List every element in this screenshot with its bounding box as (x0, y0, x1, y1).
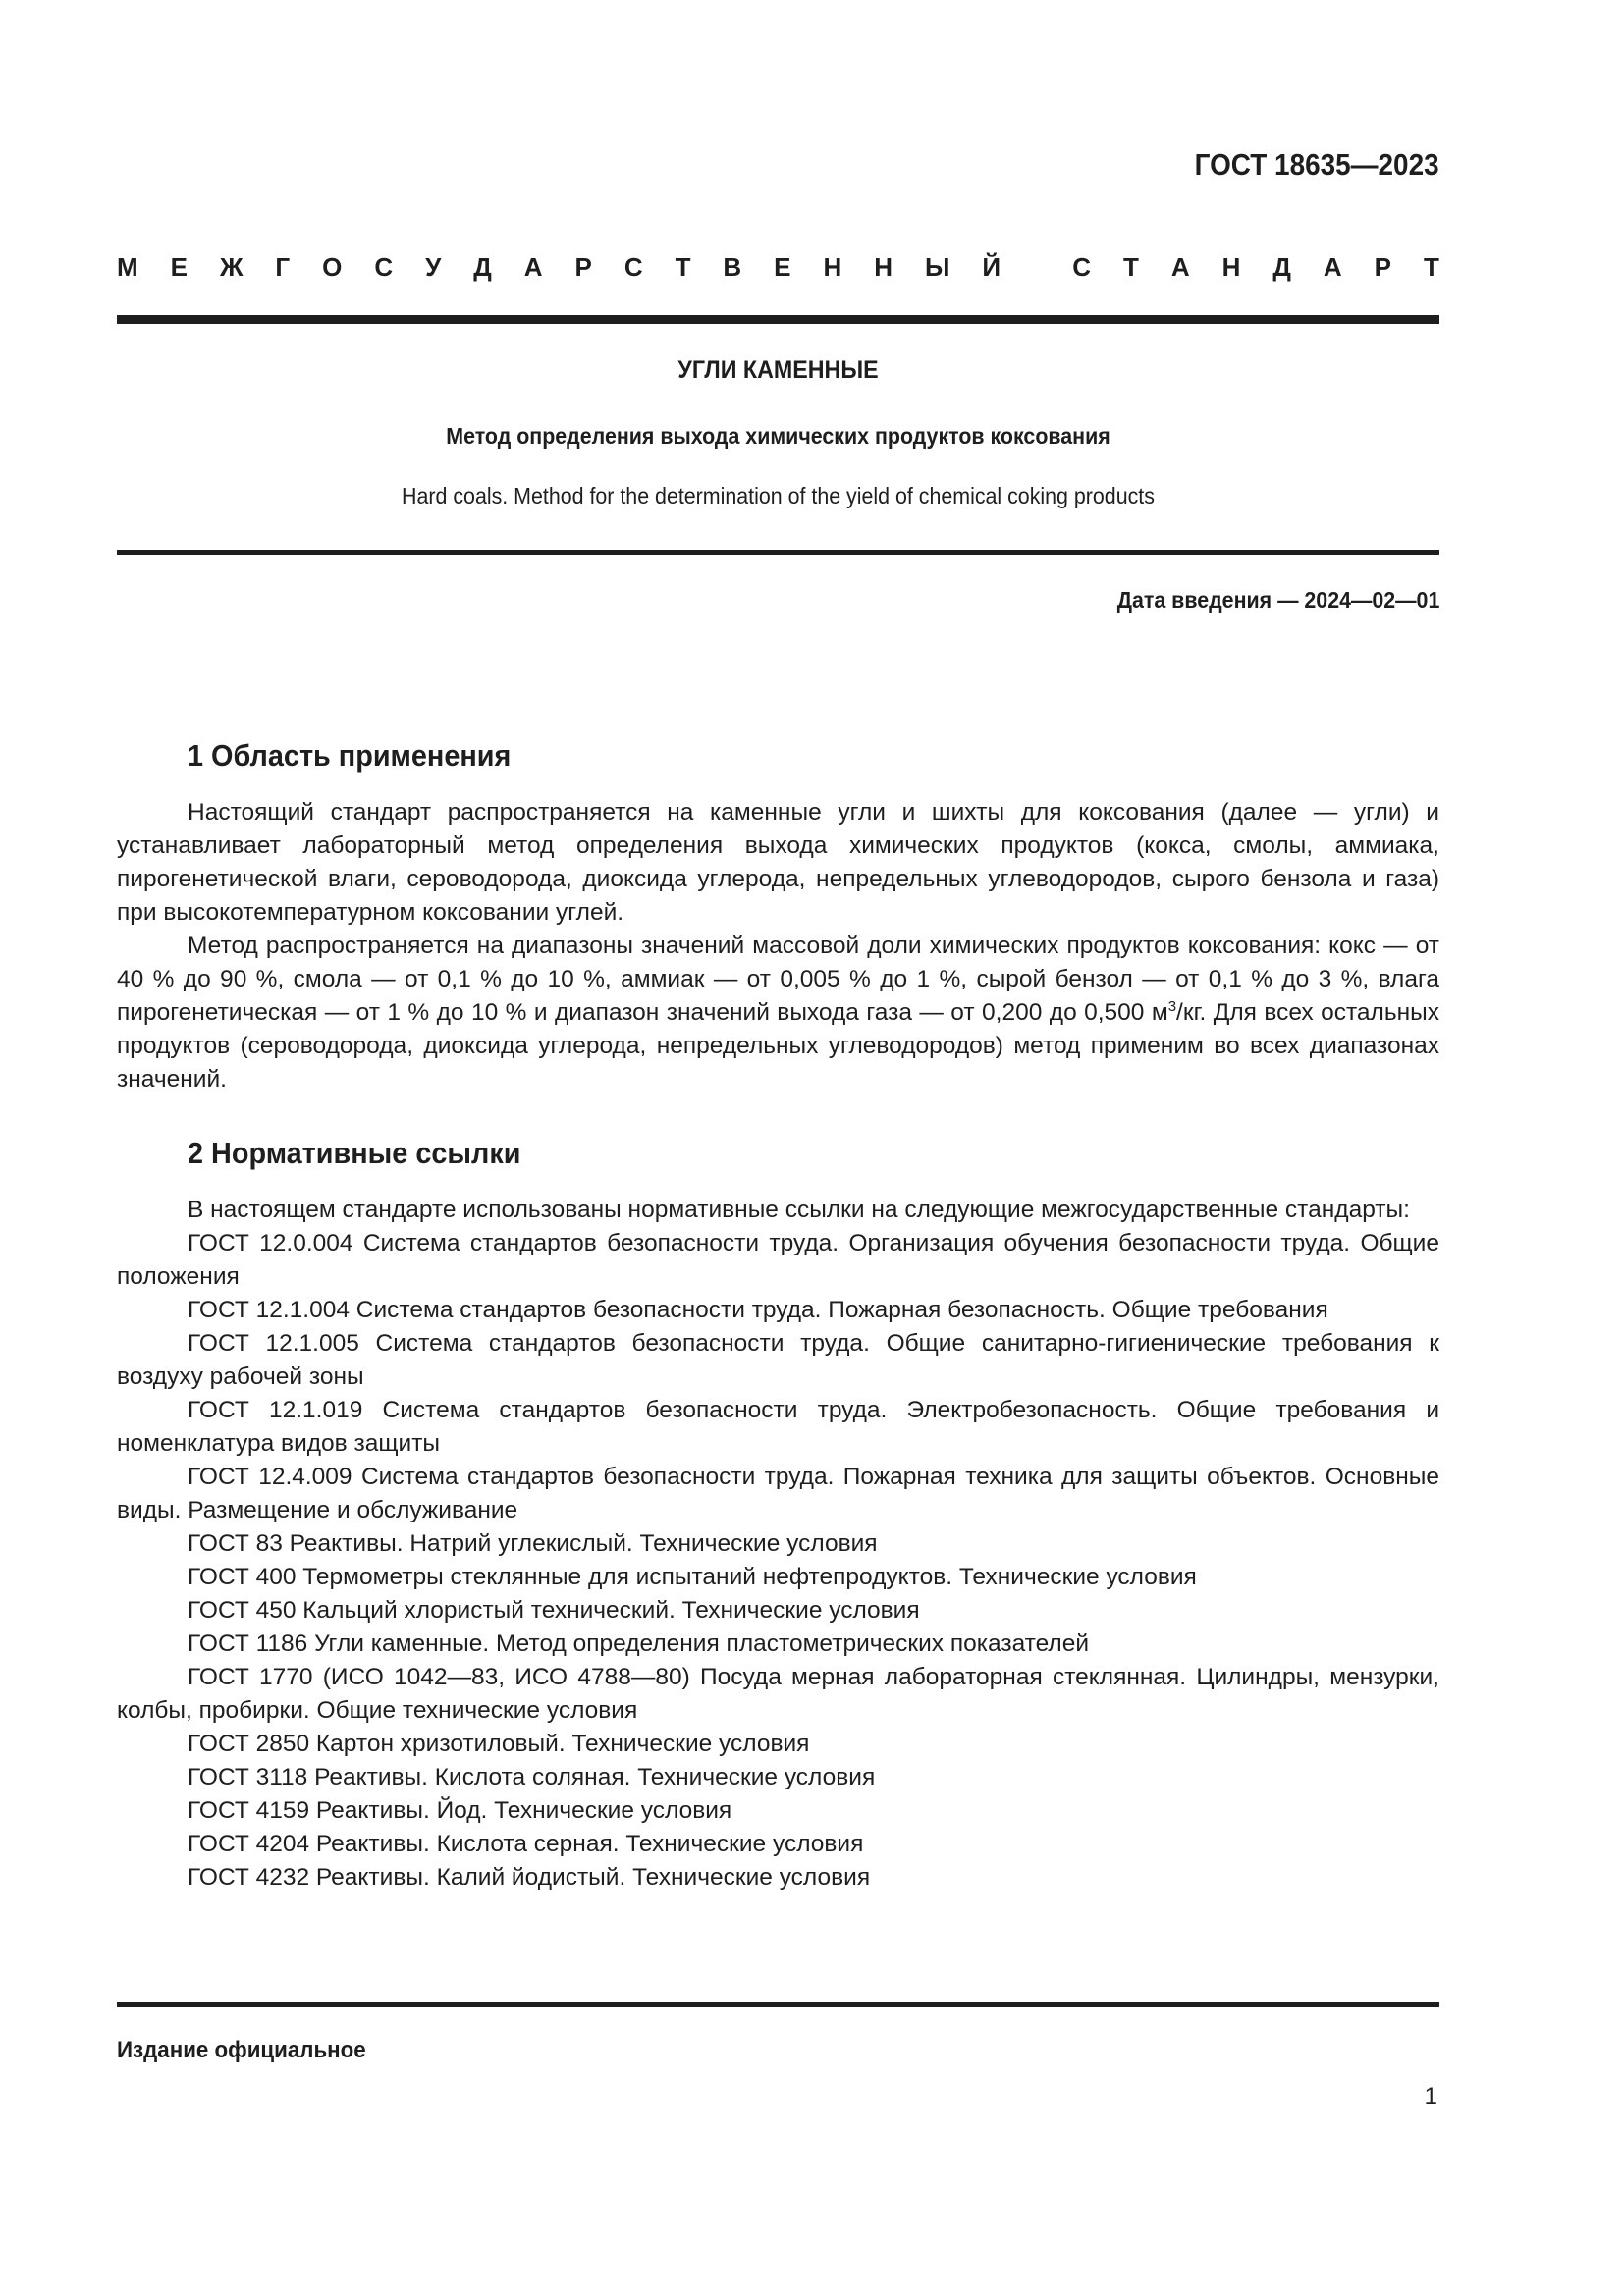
letter: Н (1222, 252, 1241, 283)
reference-item: ГОСТ 12.1.005 Система стандартов безопас… (117, 1327, 1439, 1394)
reference-item: ГОСТ 4204 Реактивы. Кислота серная. Техн… (117, 1828, 1439, 1861)
footer-divider (117, 2002, 1439, 2007)
document-title: УГЛИ КАМЕННЫЕ (163, 356, 1393, 385)
letter: Ы (925, 252, 949, 283)
letter: А (1171, 252, 1190, 283)
letter: С (1072, 252, 1091, 283)
page-number: 1 (1425, 2083, 1437, 2110)
letter: Н (823, 252, 841, 283)
document-number: ГОСТ 18635—2023 (1195, 147, 1439, 183)
reference-item: ГОСТ 12.1.019 Система стандартов безопас… (117, 1394, 1439, 1461)
reference-item: ГОСТ 1186 Угли каменные. Метод определен… (117, 1628, 1439, 1661)
reference-item: ГОСТ 1770 (ИСО 1042—83, ИСО 4788—80) Пос… (117, 1661, 1439, 1728)
letter: Н (874, 252, 893, 283)
section-body-normative-references: В настоящем стандарте использованы норма… (117, 1194, 1439, 1895)
section-heading-normative-references: 2 Нормативные ссылки (188, 1136, 520, 1171)
letter: Р (1375, 252, 1391, 283)
document-page: ГОСТ 18635—2023 М Е Ж Г О С У Д А Р С Т … (117, 0, 1439, 2296)
official-edition-label: Издание официальное (117, 2037, 366, 2064)
letter: С (624, 252, 643, 283)
reference-item: ГОСТ 2850 Картон хризотиловый. Техническ… (117, 1728, 1439, 1761)
title-divider (117, 550, 1439, 555)
reference-item: ГОСТ 12.0.004 Система стандартов безопас… (117, 1227, 1439, 1294)
letter: Т (676, 252, 691, 283)
letter: А (1324, 252, 1342, 283)
letter: Й (982, 252, 1001, 283)
letter: С (374, 252, 393, 283)
letter: Р (575, 252, 592, 283)
header-divider (117, 315, 1439, 324)
letter: Д (1272, 252, 1291, 283)
standard-type-header: М Е Ж Г О С У Д А Р С Т В Е Н Н Ы Й С Т … (117, 252, 1439, 283)
superscript: 3 (1168, 998, 1176, 1015)
paragraph: Метод распространяется на диапазоны знач… (117, 930, 1439, 1096)
section-heading-scope: 1 Область применения (188, 738, 511, 774)
letter: А (524, 252, 543, 283)
letter: О (322, 252, 342, 283)
letter: Е (774, 252, 790, 283)
reference-item: ГОСТ 12.4.009 Система стандартов безопас… (117, 1461, 1439, 1527)
paragraph: Настоящий стандарт распространяется на к… (117, 796, 1439, 930)
reference-item: ГОСТ 3118 Реактивы. Кислота соляная. Тех… (117, 1761, 1439, 1794)
letter: Г (275, 252, 290, 283)
letter: Д (473, 252, 492, 283)
letter: М (117, 252, 138, 283)
reference-item: ГОСТ 450 Кальций хлористый технический. … (117, 1594, 1439, 1628)
document-subtitle: Метод определения выхода химических прод… (163, 423, 1393, 450)
reference-item: ГОСТ 4159 Реактивы. Йод. Технические усл… (117, 1794, 1439, 1828)
reference-item: ГОСТ 400 Термометры стеклянные для испыт… (117, 1561, 1439, 1594)
letter: Е (171, 252, 188, 283)
paragraph: В настоящем стандарте использованы норма… (117, 1194, 1439, 1227)
section-body-scope: Настоящий стандарт распространяется на к… (117, 796, 1439, 1096)
reference-item: ГОСТ 83 Реактивы. Натрий углекислый. Тех… (117, 1527, 1439, 1561)
reference-item: ГОСТ 12.1.004 Система стандартов безопас… (117, 1294, 1439, 1327)
reference-item: ГОСТ 4232 Реактивы. Калий йодистый. Техн… (117, 1861, 1439, 1895)
letter: В (723, 252, 741, 283)
introduction-date: Дата введения — 2024—02—01 (1116, 587, 1439, 614)
letter-gap (1033, 252, 1040, 283)
letter: У (425, 252, 441, 283)
letter: Т (1424, 252, 1439, 283)
document-title-english: Hard coals. Method for the determination… (163, 483, 1393, 509)
letter: Т (1123, 252, 1139, 283)
letter: Ж (220, 252, 244, 283)
